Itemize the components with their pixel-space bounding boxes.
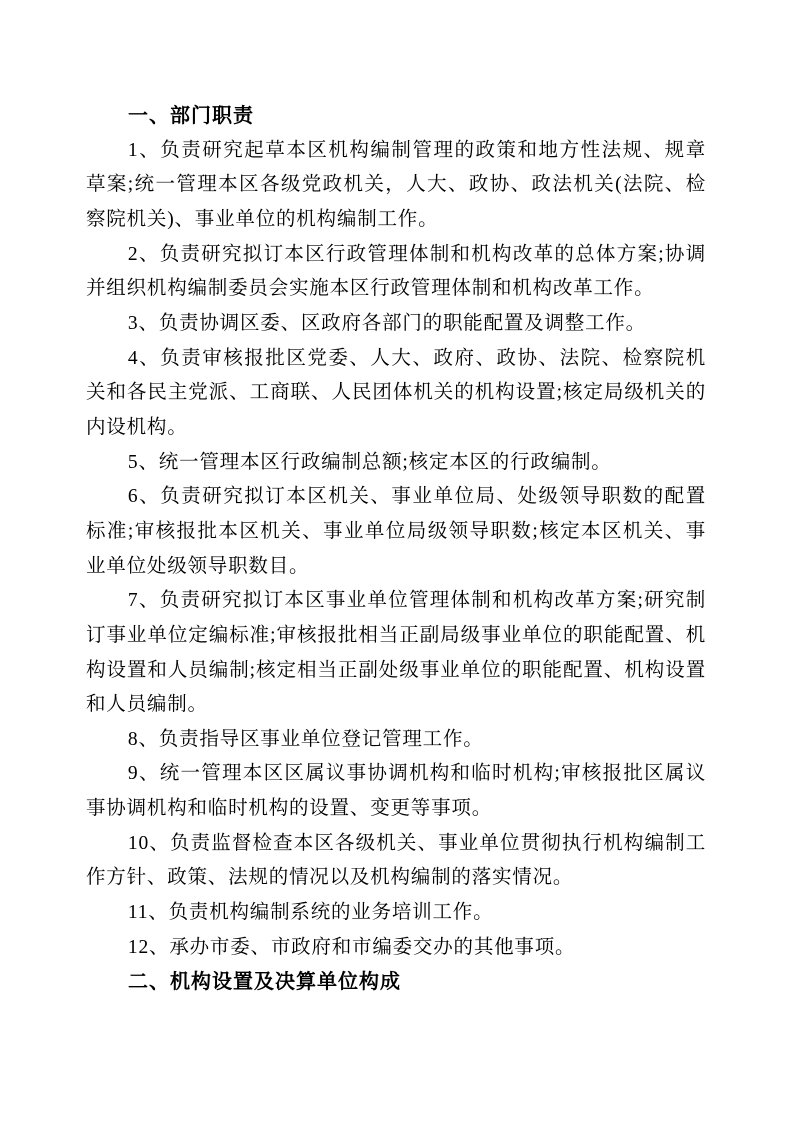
document-page: 一、部门职责 1、负责研究起草本区机构编制管理的政策和地方性法规、规章草案;统一… <box>0 0 793 1122</box>
duty-paragraph-8: 8、负责指导区事业单位登记管理工作。 <box>86 723 706 758</box>
duty-paragraph-5: 5、统一管理本区行政编制总额;核定本区的行政编制。 <box>86 446 706 481</box>
duty-paragraph-7: 7、负责研究拟订本区事业单位管理体制和机构改革方案;研究制订事业单位定编标准;审… <box>86 584 706 723</box>
section-heading-department-duties: 一、部门职责 <box>86 99 706 134</box>
duty-paragraph-1: 1、负责研究起草本区机构编制管理的政策和地方性法规、规章草案;统一管理本区各级党… <box>86 134 706 238</box>
duty-paragraph-2: 2、负责研究拟订本区行政管理体制和机构改革的总体方案;协调并组织机构编制委员会实… <box>86 238 706 307</box>
duty-paragraph-4: 4、负责审核报批区党委、人大、政府、政协、法院、检察院机关和各民主党派、工商联、… <box>86 342 706 446</box>
duty-paragraph-12: 12、承办市委、市政府和市编委交办的其他事项。 <box>86 931 706 966</box>
duty-paragraph-9: 9、统一管理本区区属议事协调机构和临时机构;审核报批区属议事协调机构和临时机构的… <box>86 757 706 826</box>
duty-paragraph-11: 11、负责机构编制系统的业务培训工作。 <box>86 896 706 931</box>
section-heading-org-structure: 二、机构设置及决算单位构成 <box>86 965 706 1000</box>
duty-paragraph-10: 10、负责监督检查本区各级机关、事业单位贯彻执行机构编制工作方针、政策、法规的情… <box>86 827 706 896</box>
duty-paragraph-6: 6、负责研究拟订本区机关、事业单位局、处级领导职数的配置标准;审核报批本区机关、… <box>86 480 706 584</box>
duty-paragraph-3: 3、负责协调区委、区政府各部门的职能配置及调整工作。 <box>86 307 706 342</box>
